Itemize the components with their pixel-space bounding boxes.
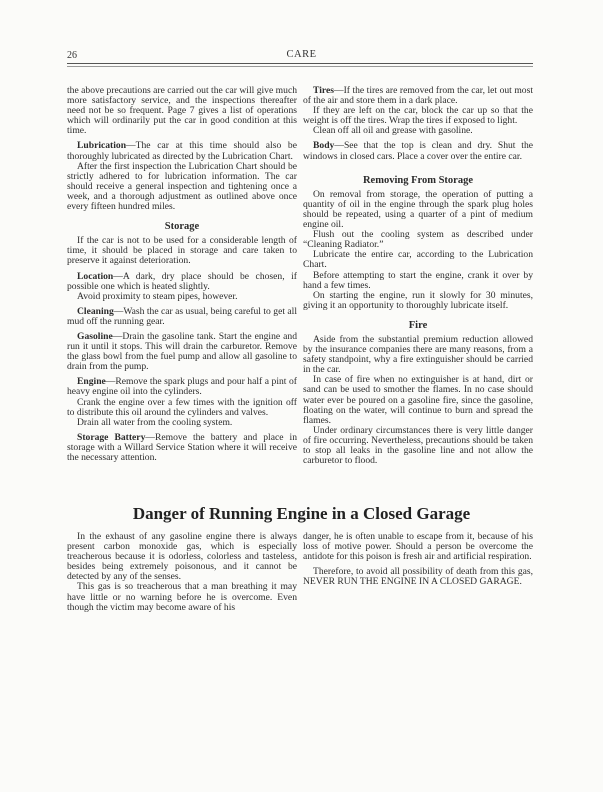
- fire-heading: Fire: [303, 321, 533, 331]
- fire-paragraph-3: Under ordinary circumstances there is ve…: [303, 426, 533, 466]
- running-head: CARE: [0, 49, 603, 60]
- danger-right-paragraph-2: Therefore, to avoid all possibility of d…: [303, 567, 533, 587]
- location-paragraph-2: Avoid proximity to steam pipes, however.: [67, 292, 297, 302]
- tires-paragraph: Tires—If the tires are removed from the …: [303, 86, 533, 106]
- danger-right-column: danger, he is often unable to escape fro…: [303, 532, 533, 587]
- cleaning-paragraph: Cleaning—Wash the car as usual, being ca…: [67, 307, 297, 327]
- tires-text: —If the tires are removed from the car, …: [303, 85, 533, 106]
- danger-right-paragraph-1: danger, he is often unable to escape fro…: [303, 532, 533, 562]
- header-rule-secondary: [67, 66, 533, 67]
- location-paragraph: Location—A dark, dry place should be cho…: [67, 272, 297, 292]
- engine-paragraph: Engine—Remove the spark plugs and pour h…: [67, 377, 297, 397]
- fire-paragraph-1: Aside from the substantial premium reduc…: [303, 335, 533, 375]
- gasoline-paragraph: Gasoline—Drain the gasoline tank. Start …: [67, 332, 297, 372]
- lubrication-paragraph: Lubrication—The car at this time should …: [67, 141, 297, 161]
- body-paragraph: Body—See that the top is clean and dry. …: [303, 141, 533, 161]
- fire-paragraph-2: In case of fire when no extinguisher is …: [303, 375, 533, 425]
- storage-heading: Storage: [67, 222, 297, 232]
- right-column: Tires—If the tires are removed from the …: [303, 86, 533, 466]
- tires-paragraph-3: Clean off all oil and grease with gasoli…: [303, 126, 533, 136]
- storage-intro: If the car is not to be used for a consi…: [67, 236, 297, 266]
- intro-paragraph: the above precautions are carried out th…: [67, 86, 297, 136]
- removing-paragraph-4: Before attempting to start the engine, c…: [303, 271, 533, 291]
- removing-paragraph-2: Flush out the cooling system as describe…: [303, 230, 533, 250]
- engine-paragraph-3: Drain all water from the cooling system.: [67, 418, 297, 428]
- removing-heading: Removing From Storage: [303, 176, 533, 186]
- danger-left-paragraph-1: In the exhaust of any gasoline engine th…: [67, 532, 297, 582]
- removing-paragraph-5: On starting the engine, run it slowly fo…: [303, 291, 533, 311]
- danger-left-paragraph-2: This gas is so treacherous that a man br…: [67, 582, 297, 612]
- engine-paragraph-2: Crank the engine over a few times with t…: [67, 398, 297, 418]
- danger-left-column: In the exhaust of any gasoline engine th…: [67, 532, 297, 613]
- removing-paragraph-1: On removal from storage, the operation o…: [303, 190, 533, 230]
- removing-paragraph-3: Lubricate the entire car, according to t…: [303, 250, 533, 270]
- header-rule: [67, 63, 533, 64]
- left-column: the above precautions are carried out th…: [67, 86, 297, 463]
- tires-paragraph-2: If they are left on the car, block the c…: [303, 106, 533, 126]
- battery-paragraph: Storage Battery—Remove the battery and p…: [67, 433, 297, 463]
- lubrication-paragraph-2: After the first inspection the Lubricati…: [67, 162, 297, 212]
- danger-heading: Danger of Running Engine in a Closed Gar…: [0, 504, 603, 524]
- body-text: —See that the top is clean and dry. Shut…: [303, 140, 533, 161]
